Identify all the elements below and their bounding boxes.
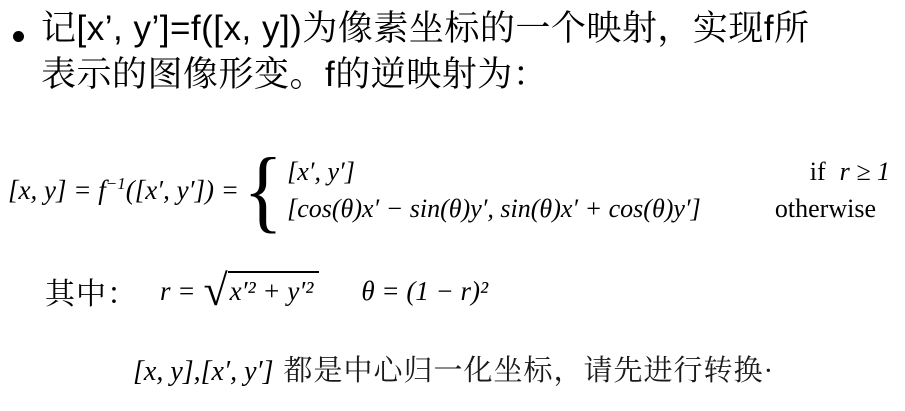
left-brace: { bbox=[243, 144, 283, 236]
footer-coordinates: [x, y],[x′, y′] bbox=[133, 356, 274, 388]
case-2-keyword: otherwise bbox=[775, 194, 876, 223]
footer-note: [x, y],[x′, y′] 都是中心归一化坐标，请先进行转换· bbox=[133, 348, 774, 389]
square-root: √x′² + y′² bbox=[203, 271, 319, 311]
case-row-1: [x′, y′] ifr ≥ 1 bbox=[287, 157, 890, 187]
r-lhs: r = bbox=[160, 276, 195, 307]
case-1-condition: ifr ≥ 1 bbox=[810, 157, 890, 187]
radical-icon: √ bbox=[203, 271, 227, 311]
slide-canvas: 记[x’, y’]=f([x, y])为像素坐标的一个映射，实现f所 表示的图像… bbox=[0, 0, 905, 411]
case-2-condition: otherwise bbox=[775, 194, 890, 224]
case-1-condition-expr: r ≥ 1 bbox=[840, 157, 890, 186]
formula-exponent: −1 bbox=[106, 174, 126, 193]
heading-line-1: 记[x’, y’]=f([x, y])为像素坐标的一个映射，实现f所 bbox=[41, 6, 891, 52]
r-definition: r = √x′² + y′² bbox=[160, 271, 319, 311]
formula-lhs-pre: [x, y] = f bbox=[8, 175, 106, 205]
definitions-line: 其中： r = √x′² + y′² θ = (1 − r)² bbox=[45, 262, 488, 320]
case-row-2: [cos(θ)x′ − sin(θ)y′, sin(θ)x′ + cos(θ)y… bbox=[287, 194, 890, 224]
sqrt-content: x′² + y′² bbox=[228, 271, 320, 306]
inverse-mapping-formula: [x, y] = f−1([x′, y′]) = { [x′, y′] ifr … bbox=[8, 142, 890, 238]
case-1-expression: [x′, y′] bbox=[287, 157, 355, 187]
where-label: 其中： bbox=[45, 269, 138, 313]
theta-definition: θ = (1 − r)² bbox=[361, 276, 488, 307]
case-1-keyword: if bbox=[810, 157, 826, 186]
footer-text: 都是中心归一化坐标，请先进行转换· bbox=[284, 348, 775, 389]
formula-lhs: [x, y] = f−1([x′, y′]) = bbox=[8, 174, 239, 206]
heading-line-2: 表示的图像形变。f的逆映射为： bbox=[41, 52, 891, 98]
bullet-icon bbox=[13, 31, 24, 42]
heading-block: 记[x’, y’]=f([x, y])为像素坐标的一个映射，实现f所 表示的图像… bbox=[41, 6, 891, 98]
formula-lhs-post: ([x′, y′]) = bbox=[126, 175, 239, 205]
case-2-expression: [cos(θ)x′ − sin(θ)y′, sin(θ)x′ + cos(θ)y… bbox=[287, 194, 701, 224]
piecewise-cases: [x′, y′] ifr ≥ 1 [cos(θ)x′ − sin(θ)y′, s… bbox=[287, 157, 890, 224]
